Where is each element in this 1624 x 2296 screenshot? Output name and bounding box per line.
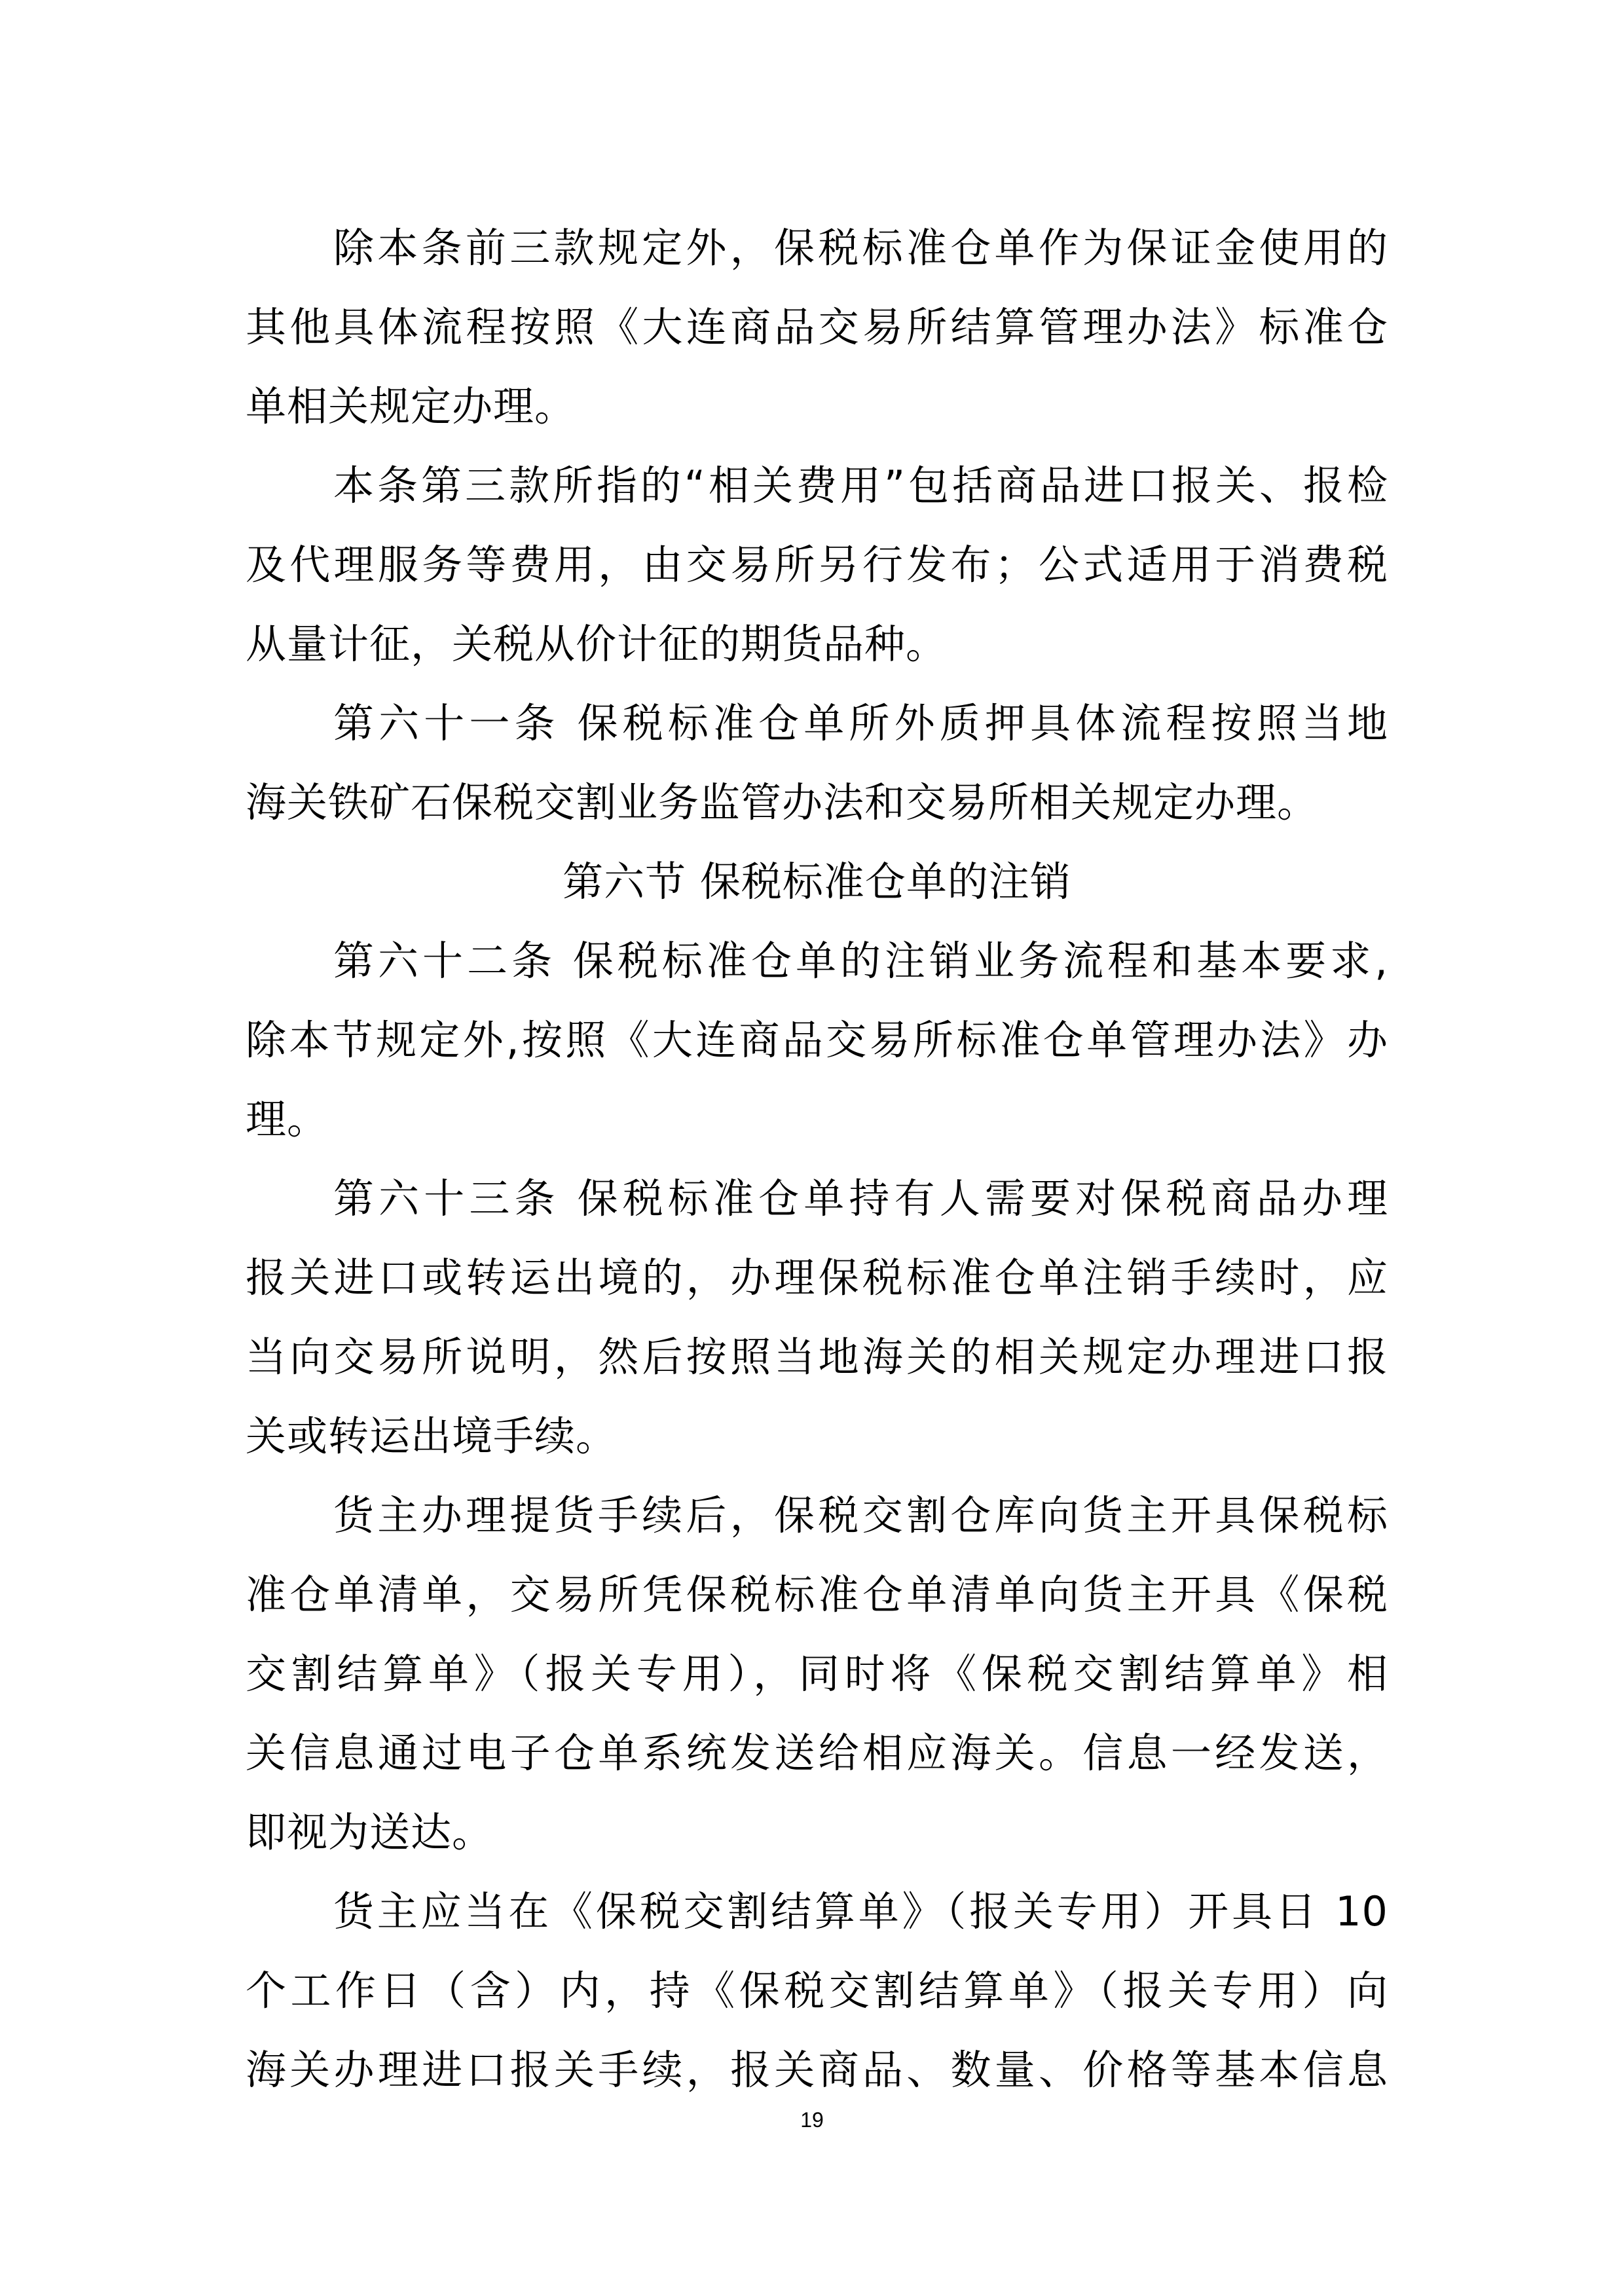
document-page: 除本条前三款规定外，保税标准仓单作为保证金使用的 其他具体流程按照《大连商品交易… xyxy=(246,208,1388,2109)
text-line: 理。 xyxy=(246,1080,1388,1159)
text-line: 准仓单清单，交易所凭保税标准仓单清单向货主开具《保税 xyxy=(246,1555,1388,1634)
paragraph: 本条第三款所指的“相关费用”包括商品进口报关、报检 及代理服务等费用，由交易所另… xyxy=(246,446,1388,683)
text-line: 个工作日（含）内，持《保税交割结算单》（报关专用）向 xyxy=(246,1951,1388,2030)
paragraph: 货主办理提货手续后，保税交割仓库向货主开具保税标 准仓单清单，交易所凭保税标准仓… xyxy=(246,1476,1388,1872)
text-line: 报关进口或转运出境的，办理保税标准仓单注销手续时，应 xyxy=(246,1238,1388,1317)
text-line: 海关办理进口报关手续，报关商品、数量、价格等基本信息 xyxy=(246,2030,1388,2109)
section-heading: 第六节 保税标准仓单的注销 xyxy=(246,842,1388,921)
text-line: 货主办理提货手续后，保税交割仓库向货主开具保税标 xyxy=(246,1476,1388,1555)
text-line: 第六十二条 保税标准仓单的注销业务流程和基本要求, xyxy=(246,921,1388,1000)
paragraph: 货主应当在《保税交割结算单》（报关专用）开具日 10 个工作日（含）内，持《保税… xyxy=(246,1872,1388,2109)
text-line: 关或转运出境手续。 xyxy=(246,1396,1388,1476)
article-62: 第六十二条 保税标准仓单的注销业务流程和基本要求, 除本节规定外,按照《大连商品… xyxy=(246,921,1388,1159)
text-line: 交割结算单》（报关专用），同时将《保税交割结算单》相 xyxy=(246,1634,1388,1713)
paragraph: 除本条前三款规定外，保税标准仓单作为保证金使用的 其他具体流程按照《大连商品交易… xyxy=(246,208,1388,446)
text-line: 货主应当在《保税交割结算单》（报关专用）开具日 10 xyxy=(246,1872,1388,1951)
text-line: 本条第三款所指的“相关费用”包括商品进口报关、报检 xyxy=(246,446,1388,525)
text-line: 关信息通过电子仓单系统发送给相应海关。信息一经发送， xyxy=(246,1713,1388,1793)
text-line: 即视为送达。 xyxy=(246,1793,1388,1872)
text-line: 其他具体流程按照《大连商品交易所结算管理办法》标准仓 xyxy=(246,287,1388,367)
text-line: 当向交易所说明，然后按照当地海关的相关规定办理进口报 xyxy=(246,1317,1388,1396)
text-line: 单相关规定办理。 xyxy=(246,367,1388,446)
text-line: 及代理服务等费用，由交易所另行发布；公式适用于消费税 xyxy=(246,525,1388,604)
article-63: 第六十三条 保税标准仓单持有人需要对保税商品办理 报关进口或转运出境的，办理保税… xyxy=(246,1159,1388,1476)
text-line: 第六十一条 保税标准仓单所外质押具体流程按照当地 xyxy=(246,683,1388,763)
text-line: 除本条前三款规定外，保税标准仓单作为保证金使用的 xyxy=(246,208,1388,287)
text-line: 第六十三条 保税标准仓单持有人需要对保税商品办理 xyxy=(246,1159,1388,1238)
text-line: 除本节规定外,按照《大连商品交易所标准仓单管理办法》办 xyxy=(246,1000,1388,1080)
text-line: 从量计征，关税从价计征的期货品种。 xyxy=(246,604,1388,683)
article-61: 第六十一条 保税标准仓单所外质押具体流程按照当地 海关铁矿石保税交割业务监管办法… xyxy=(246,683,1388,842)
page-number: 19 xyxy=(0,2108,1624,2132)
text-line: 海关铁矿石保税交割业务监管办法和交易所相关规定办理。 xyxy=(246,763,1388,842)
